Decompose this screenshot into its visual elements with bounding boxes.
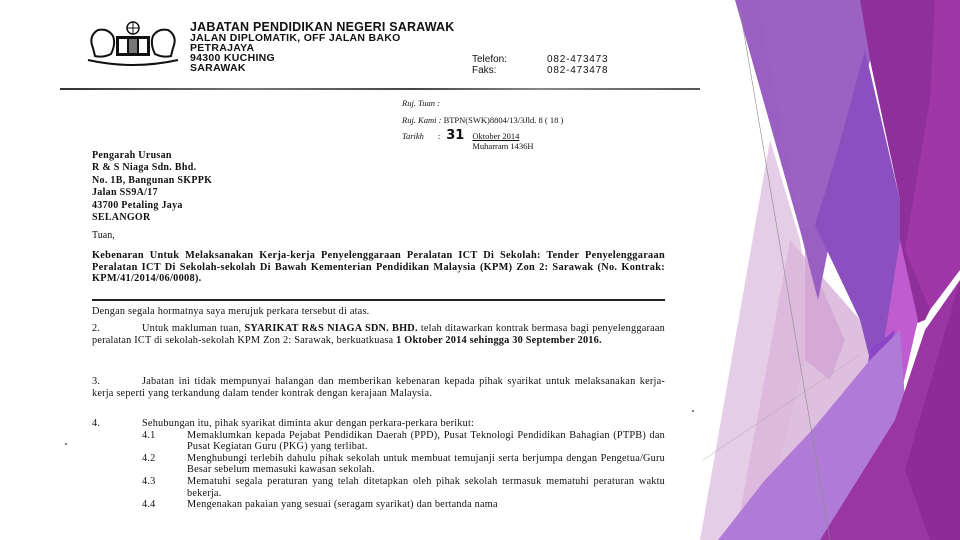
paragraph-3: 3.Jabatan ini tidak mempunyai halangan d… — [92, 376, 665, 399]
ruj-kami-value: BTPN(SWK)8804/13/3Jld. 8 ( 18 ) — [444, 114, 564, 127]
recipient-line: No. 1B, Bangunan SKPPK — [92, 175, 212, 187]
recipient-address: Pengarah Urusan R & S Niaga Sdn. Bhd. No… — [92, 150, 212, 224]
presentation-slide: JABATAN PENDIDIKAN NEGERI SARAWAK JALAN … — [0, 0, 960, 540]
list-item: 4.3 Mematuhi segala peraturan yang telah… — [142, 476, 665, 499]
recipient-line: SELANGOR — [92, 212, 212, 224]
recipient-line: Pengarah Urusan — [92, 150, 212, 162]
paragraph-number: 3. — [92, 376, 142, 388]
paragraph-4: 4. Sehubungan itu, pihak syarikat dimint… — [92, 418, 665, 511]
letterhead-divider — [60, 88, 700, 90]
subject-underline — [92, 299, 665, 301]
contract-period: 1 Oktober 2014 sehingga 30 September 201… — [396, 335, 602, 346]
scan-speck — [65, 443, 67, 445]
scan-speck — [692, 410, 694, 412]
list-item: 4.1 Memaklumkan kepada Pejabat Pendidika… — [142, 430, 665, 453]
paragraph-number: 4. — [92, 418, 142, 430]
handwritten-day: 31 — [446, 129, 464, 142]
tarikh-label: Tarikh — [402, 130, 424, 143]
paragraph-number: 2. — [92, 323, 142, 335]
opening-paragraph: Dengan segala hormatnya saya merujuk per… — [92, 306, 665, 318]
tarikh-colon: : — [438, 130, 440, 143]
letterhead-contact: Telefon: 082-473473 Faks: 082-473478 — [472, 55, 608, 76]
date-hijri: Muharram 1436H — [472, 141, 533, 151]
reference-block: Ruj. Tuan : Ruj. Kami : BTPN(SWK)8804/13… — [402, 97, 563, 151]
letter-subject: Kebenaran Untuk Melaksanakan Kerja-kerja… — [92, 250, 665, 285]
list-item: 4.4 Mengenakan pakaian yang sesuai (sera… — [142, 499, 665, 511]
coat-of-arms-icon — [83, 18, 183, 68]
paragraph-text: Sehubungan itu, pihak syarikat diminta a… — [142, 418, 474, 430]
address-line: SARAWAK — [190, 63, 455, 73]
recipient-line: 43700 Petaling Jaya — [92, 200, 212, 212]
phone-label: Telefon: — [472, 55, 547, 66]
ruj-kami-label: Ruj. Kami : — [402, 114, 441, 127]
date-month-year: Oktober 2014 — [472, 131, 533, 141]
phone-value: 082-473473 — [547, 55, 608, 66]
company-name: SYARIKAT R&S NIAGA SDN. BHD. — [244, 323, 417, 334]
scanned-letter: JABATAN PENDIDIKAN NEGERI SARAWAK JALAN … — [55, 0, 695, 540]
letterhead: JABATAN PENDIDIKAN NEGERI SARAWAK JALAN … — [190, 22, 455, 73]
list-item: 4.2 Menghubungi terlebih dahulu pihak se… — [142, 453, 665, 476]
ruj-tuan-label: Ruj. Tuan : — [402, 97, 440, 110]
fax-value: 082-473478 — [547, 66, 608, 77]
recipient-line: R & S Niaga Sdn. Bhd. — [92, 162, 212, 174]
recipient-line: Jalan SS9A/17 — [92, 187, 212, 199]
salutation: Tuan, — [92, 230, 115, 241]
paragraph-2: 2.Untuk makluman tuan, SYARIKAT R&S NIAG… — [92, 323, 665, 346]
fax-label: Faks: — [472, 66, 547, 77]
